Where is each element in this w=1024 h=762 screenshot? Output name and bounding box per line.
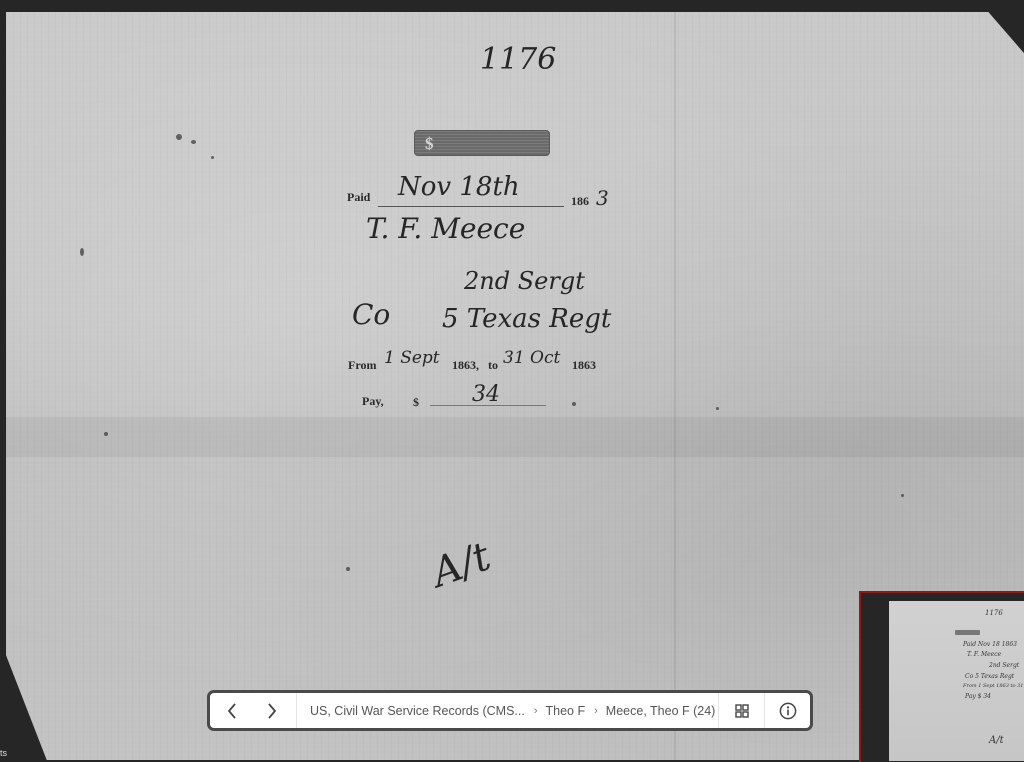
minimap-record-number: 1176: [985, 609, 1003, 617]
soldier-name: T. F. Meece: [366, 212, 525, 245]
minimap-line: Paid Nov 18 1863: [963, 641, 1017, 648]
grid-view-button[interactable]: [718, 693, 764, 728]
paid-year-suffix: 3: [596, 186, 609, 210]
breadcrumb-separator: ›: [534, 705, 538, 717]
ink-speck: [104, 432, 108, 436]
chevron-right-icon: [267, 703, 277, 719]
ink-speck: [346, 567, 350, 571]
paid-date: Nov 18th: [398, 172, 520, 202]
to-year: 1863: [572, 358, 596, 373]
from-label: From: [348, 358, 376, 373]
ink-speck: [716, 407, 719, 410]
initials: A/t: [426, 533, 497, 596]
record-number: 1176: [480, 42, 556, 77]
breadcrumb-collection[interactable]: US, Civil War Service Records (CMS...: [310, 704, 525, 718]
minimap-line: A/t: [989, 735, 1004, 746]
paid-rule: [378, 206, 564, 207]
next-image-button[interactable]: [252, 693, 292, 728]
dollar-stamp-icon: $: [425, 134, 434, 154]
ink-speck: [176, 134, 182, 140]
paper-stain: [6, 417, 1024, 457]
minimap-line: From 1 Sept 1863 to 31 Oct 1863: [963, 683, 1024, 689]
corner-label: ts: [0, 748, 7, 758]
minimap-line: Co 5 Texas Regt: [965, 673, 1014, 680]
paid-label: Paid: [347, 190, 370, 205]
info-icon: [779, 702, 797, 720]
regiment: 5 Texas Regt: [442, 304, 611, 334]
pay-amount: 34: [472, 382, 500, 407]
ink-speck: [211, 156, 214, 159]
to-date: 31 Oct: [503, 348, 560, 368]
pay-label: Pay,: [362, 394, 384, 409]
paper-fold: [674, 12, 676, 760]
minimap-line: 2nd Sergt: [989, 662, 1019, 669]
paid-year-prefix: 186: [571, 194, 589, 209]
record-navigation-bar: US, Civil War Service Records (CMS... › …: [207, 690, 813, 731]
ink-speck: [80, 248, 84, 256]
from-year: 1863,: [452, 358, 479, 373]
image-viewer[interactable]: 1176 $ Paid Nov 18th 186 3 T. F. Meece 2…: [0, 0, 1024, 762]
info-button[interactable]: [764, 693, 810, 728]
breadcrumb-separator: ›: [594, 705, 598, 717]
minimap-line: T. F. Meece: [967, 651, 1001, 658]
minimap-navigator[interactable]: 1176 Paid Nov 18 1863 T. F. Meece 2nd Se…: [859, 591, 1024, 762]
breadcrumb-name-group[interactable]: Theo F: [546, 704, 586, 718]
revenue-stamp: $: [414, 130, 550, 156]
grid-view-icon: [735, 704, 749, 718]
previous-image-button[interactable]: [212, 693, 252, 728]
chevron-left-icon: [227, 703, 237, 719]
page-nav-group: [210, 693, 297, 728]
ink-speck: [191, 140, 196, 144]
breadcrumb-record[interactable]: Meece, Theo F (24): [606, 704, 716, 718]
minimap-stamp: [955, 630, 980, 635]
company-prefix: Co: [352, 298, 390, 331]
pay-currency: $: [413, 395, 419, 410]
minimap-page-thumbnail: 1176 Paid Nov 18 1863 T. F. Meece 2nd Se…: [889, 601, 1024, 761]
to-label: to: [488, 358, 498, 373]
ink-speck: [572, 402, 576, 406]
breadcrumb: US, Civil War Service Records (CMS... › …: [297, 704, 718, 718]
minimap-line: Pay $ 34: [965, 693, 991, 700]
ink-speck: [901, 494, 904, 497]
soldier-rank: 2nd Sergt: [464, 267, 585, 295]
from-date: 1 Sept: [384, 348, 440, 368]
